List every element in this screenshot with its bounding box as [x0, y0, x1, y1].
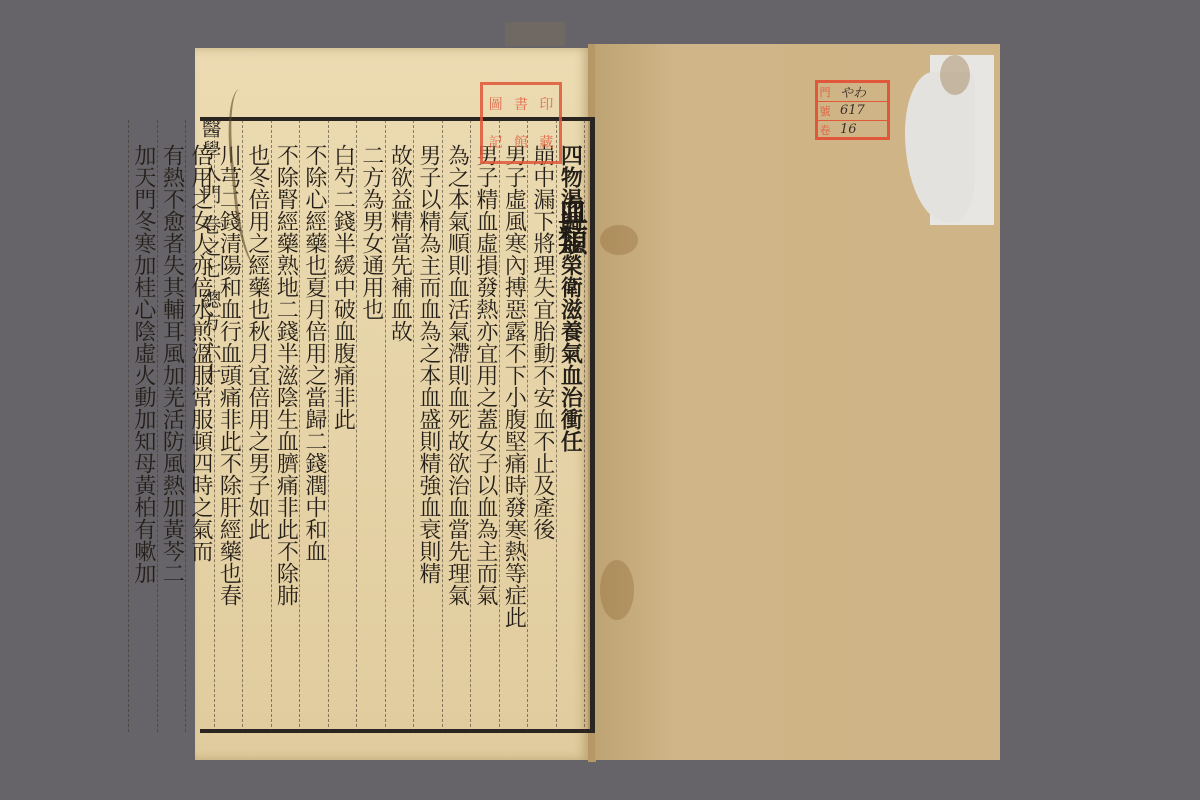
column-text: 白芍二錢半緩中破血腹痛非此 [327, 144, 357, 430]
text-column: 男子虛風寒內搏惡露不下小腹堅痛時發寒熱等症此 [499, 120, 528, 732]
stain [940, 55, 970, 95]
seal-char: 書 [508, 94, 533, 114]
text-column: 男子精血虛損發熱亦宜用之蓋女子以血為主而氣 [470, 120, 499, 732]
seal-row-value: 617 [832, 103, 865, 118]
text-column: 崩中漏下將理失宜胎動不安血不止及產後 [527, 120, 556, 732]
seal-row-value: やわ [832, 82, 866, 101]
text-column: 故欲益精當先補血故 [385, 120, 414, 732]
seal-char: 記 [483, 132, 508, 152]
column-text: 加天門冬寒加桂心陰虛火動加知母黃柏有嗽加 [128, 144, 158, 584]
text-column: 四物湯調益榮衛滋養氣血治衝任 [556, 120, 585, 732]
stain [600, 560, 634, 620]
column-text: 崩中漏下將理失宜胎動不安血不止及產後 [527, 144, 557, 540]
seal-char: 藏 [534, 132, 559, 152]
seal-row-label: 號 [818, 103, 832, 119]
seal-char: 圖 [483, 94, 508, 114]
text-column: 不除心經藥也夏月倍用之當歸二錢潤中和血 [299, 120, 328, 732]
seal-row-label: 門 [818, 84, 832, 100]
column-text: 不除心經藥也夏月倍用之當歸二錢潤中和血 [299, 144, 329, 562]
seal-char: 館 [508, 132, 533, 152]
column-text: 四物湯調益榮衛滋養氣血治衝任 [555, 144, 585, 452]
heading-column [584, 120, 585, 732]
library-call-number-seal: 門やわ號617卷16 [815, 80, 890, 140]
text-column: 為之本氣順則血活氣滯則血死故欲治血當先理氣 [442, 120, 471, 732]
column-text: 倍用之女人亦倍水煎溫服常服頓四時之氣而 [185, 144, 215, 562]
column-text: 男子虛風寒內搏惡露不下小腹堅痛時發寒熱等症此 [498, 144, 528, 628]
column-text: 故欲益精當先補血故 [384, 144, 414, 342]
seal-row: 卷16 [818, 121, 887, 139]
column-text: 男子以精為主而血為之本血盛則精強血衰則精 [413, 144, 443, 584]
column-text: 為之本氣順則血活氣滯則血死故欲治血當先理氣 [441, 144, 471, 606]
stain [600, 225, 638, 255]
text-column: 二方為男女通用也 [356, 120, 385, 732]
seal-row-label: 卷 [818, 122, 832, 138]
column-text: 男子精血虛損發熱亦宜用之蓋女子以血為主而氣 [470, 144, 500, 606]
seal-row: 門やわ [818, 83, 887, 102]
column-text: 二方為男女通用也 [356, 144, 386, 320]
text-column: 倍用之女人亦倍水煎溫服常服頓四時之氣而 [185, 120, 214, 732]
seal-row-value: 16 [832, 122, 857, 137]
seal-row: 號617 [818, 102, 887, 121]
text-column: 白芍二錢半緩中破血腹痛非此 [328, 120, 357, 732]
seal-char: 印 [534, 94, 559, 114]
text-column: 男子以精為主而血為之本血盛則精強血衰則精 [413, 120, 442, 732]
text-column: 加天門冬寒加桂心陰虛火動加知母黃柏有嗽加 [128, 120, 157, 732]
shelf-label [505, 22, 565, 46]
column-text: 有熱不愈者失其輔耳風加羌活防風熱加黃芩二 [156, 144, 186, 584]
collector-seal: 圖書印記館藏 [480, 82, 562, 164]
text-column: 有熱不愈者失其輔耳風加羌活防風熱加黃芩二 [157, 120, 186, 732]
